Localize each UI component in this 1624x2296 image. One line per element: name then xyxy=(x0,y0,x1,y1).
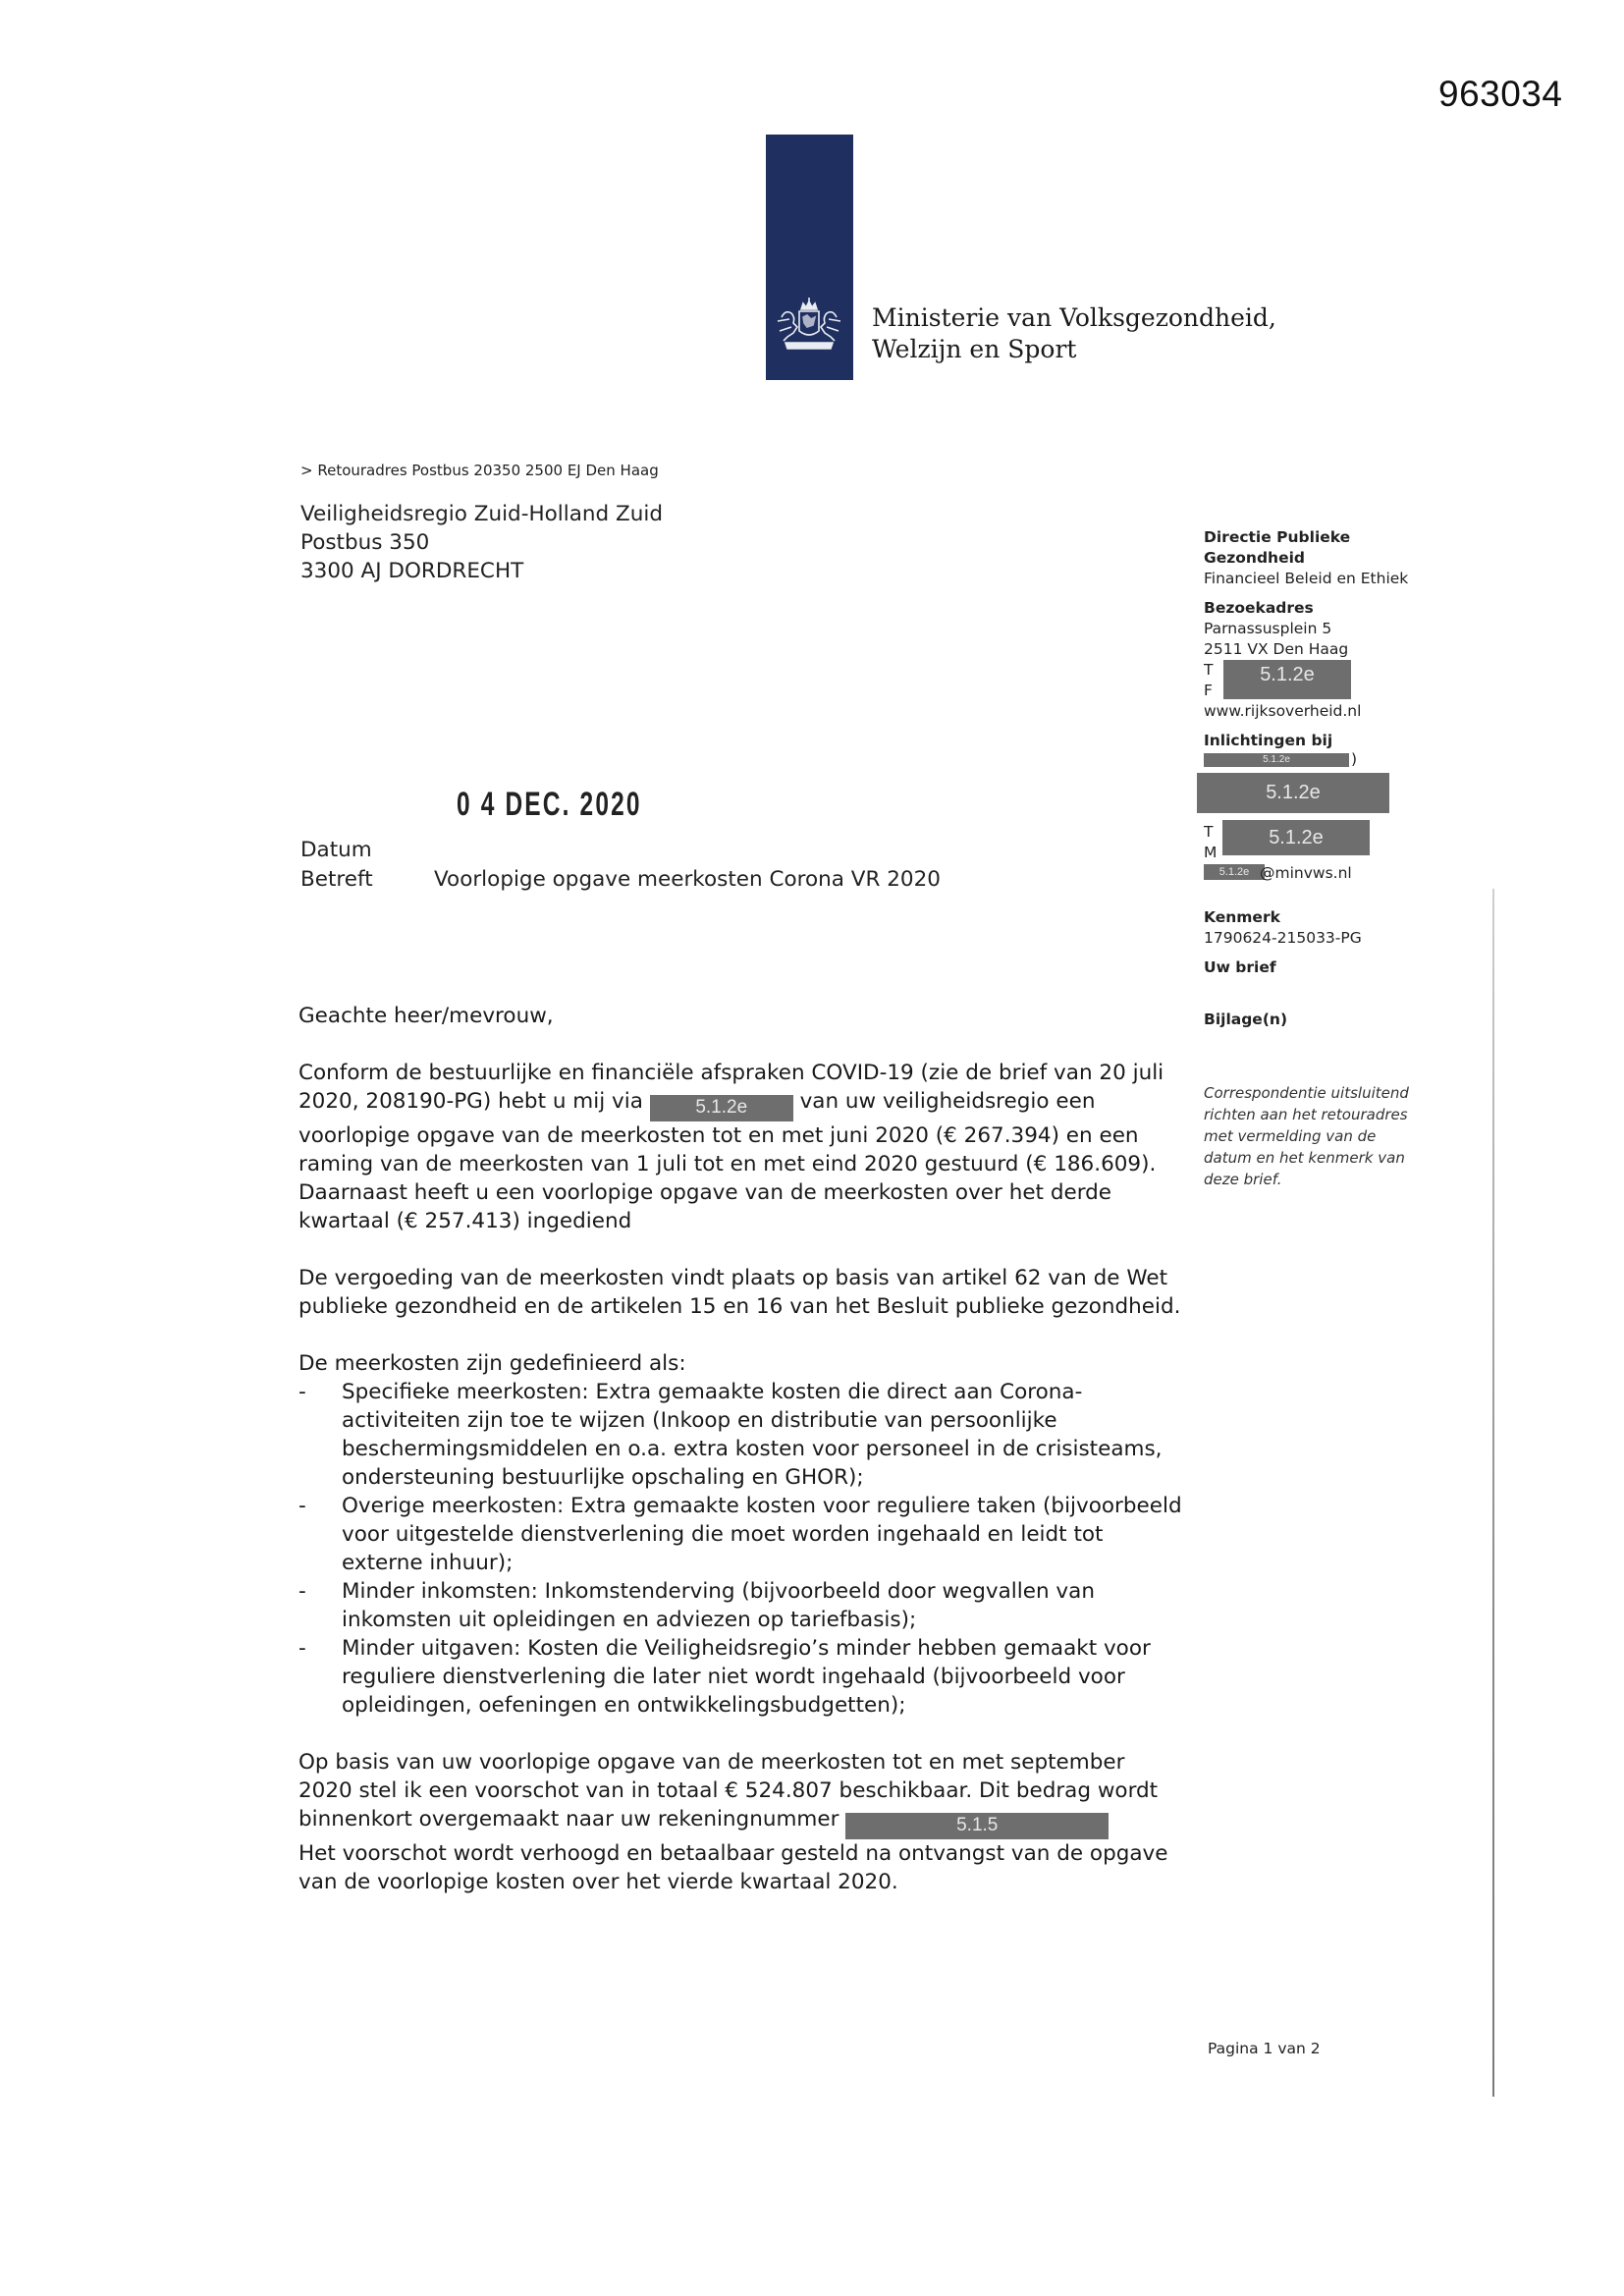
visit-address-heading: Bezoekadres xyxy=(1204,598,1439,619)
ministry-name-line1: Ministerie van Volksgezondheid, xyxy=(872,302,1276,334)
phone-label: T xyxy=(1204,660,1213,681)
contact-m-label: M xyxy=(1204,843,1217,863)
visit-city: 2511 VX Den Haag xyxy=(1204,639,1439,660)
date-label: Datum xyxy=(300,838,372,862)
attachments-heading: Bijlage(n) xyxy=(1204,1010,1439,1030)
contact-phone-block: T M 5.1.2e xyxy=(1204,822,1439,863)
recipient-postbox: Postbus 350 xyxy=(300,528,663,557)
email-domain[interactable]: @minvws.nl xyxy=(1260,863,1352,884)
directorate-line2: Gezondheid xyxy=(1204,548,1439,569)
phone-fax-redaction: 5.1.2e xyxy=(1223,660,1351,699)
subject-value: Voorlopige opgave meerkosten Corona VR 2… xyxy=(434,867,941,892)
info-function-redaction: 5.1.2e xyxy=(1197,773,1389,813)
cost-definitions-list: -Specifieke meerkosten: Extra gemaakte k… xyxy=(298,1378,1182,1720)
website-link[interactable]: www.rijksoverheid.nl xyxy=(1204,701,1439,722)
visit-street: Parnassusplein 5 xyxy=(1204,619,1439,639)
fax-label: F xyxy=(1204,681,1213,701)
paragraph-2: De vergoeding van de meerkosten vindt pl… xyxy=(298,1264,1182,1321)
recipient-address: Veiligheidsregio Zuid-Holland Zuid Postb… xyxy=(300,500,663,585)
document-number: 963034 xyxy=(1438,74,1562,115)
your-letter-heading: Uw brief xyxy=(1204,957,1439,978)
list-intro: De meerkosten zijn gedefinieerd als: xyxy=(298,1349,1182,1378)
list-item: -Minder uitgaven: Kosten die Veiligheids… xyxy=(298,1634,1182,1720)
contact-phone-redaction: 5.1.2e xyxy=(1222,820,1370,855)
list-item: -Minder inkomsten: Inkomstenderving (bij… xyxy=(298,1577,1182,1634)
date-stamp: 0 4 DEC. 2020 xyxy=(457,786,642,824)
account-number-redaction: 5.1.5 xyxy=(845,1813,1109,1839)
email-line: 5.1.2e @minvws.nl xyxy=(1204,863,1439,884)
phone-fax-block: T F 5.1.2e xyxy=(1204,660,1439,701)
page-indicator: Pagina 1 van 2 xyxy=(1208,2040,1321,2057)
info-name-redaction: 5.1.2e xyxy=(1204,753,1349,767)
sender-sidebar: Directie Publieke Gezondheid Financieel … xyxy=(1204,527,1439,1190)
contact-t-label: T xyxy=(1204,822,1213,843)
margin-rule xyxy=(1492,889,1494,2097)
reference-heading: Kenmerk xyxy=(1204,907,1439,928)
info-contact-name: 5.1.2e ) xyxy=(1204,751,1439,771)
paragraph-1: Conform de bestuurlijke en financiële af… xyxy=(298,1059,1182,1235)
recipient-name: Veiligheidsregio Zuid-Holland Zuid xyxy=(300,500,663,528)
correspondence-note: Correspondentie uitsluitend richten aan … xyxy=(1204,1082,1425,1190)
paragraph-3: Op basis van uw voorlopige opgave van de… xyxy=(298,1748,1182,1896)
list-item: -Specifieke meerkosten: Extra gemaakte k… xyxy=(298,1378,1182,1492)
recipient-city: 3300 AJ DORDRECHT xyxy=(300,557,663,585)
subject-label: Betreft xyxy=(300,867,373,892)
info-heading: Inlichtingen bij xyxy=(1204,731,1439,751)
directorate-line1: Directie Publieke xyxy=(1204,527,1439,548)
salutation: Geachte heer/mevrouw, xyxy=(298,1002,1182,1030)
ministry-name-line2: Welzijn en Sport xyxy=(872,334,1276,365)
list-item: -Overige meerkosten: Extra gemaakte kost… xyxy=(298,1492,1182,1577)
coat-of-arms-icon xyxy=(772,298,846,356)
letter-body: Geachte heer/mevrouw, Conform de bestuur… xyxy=(298,1002,1182,1896)
department: Financieel Beleid en Ethiek xyxy=(1204,569,1439,589)
info-paren: ) xyxy=(1351,749,1357,770)
email-redaction: 5.1.2e xyxy=(1204,864,1265,880)
reference-value: 1790624-215033-PG xyxy=(1204,928,1439,949)
ministry-logo-bar xyxy=(766,135,853,380)
ministry-name: Ministerie van Volksgezondheid, Welzijn … xyxy=(872,302,1276,365)
paragraph-1-redaction: 5.1.2e xyxy=(650,1095,793,1121)
return-address: > Retouradres Postbus 20350 2500 EJ Den … xyxy=(300,462,659,479)
